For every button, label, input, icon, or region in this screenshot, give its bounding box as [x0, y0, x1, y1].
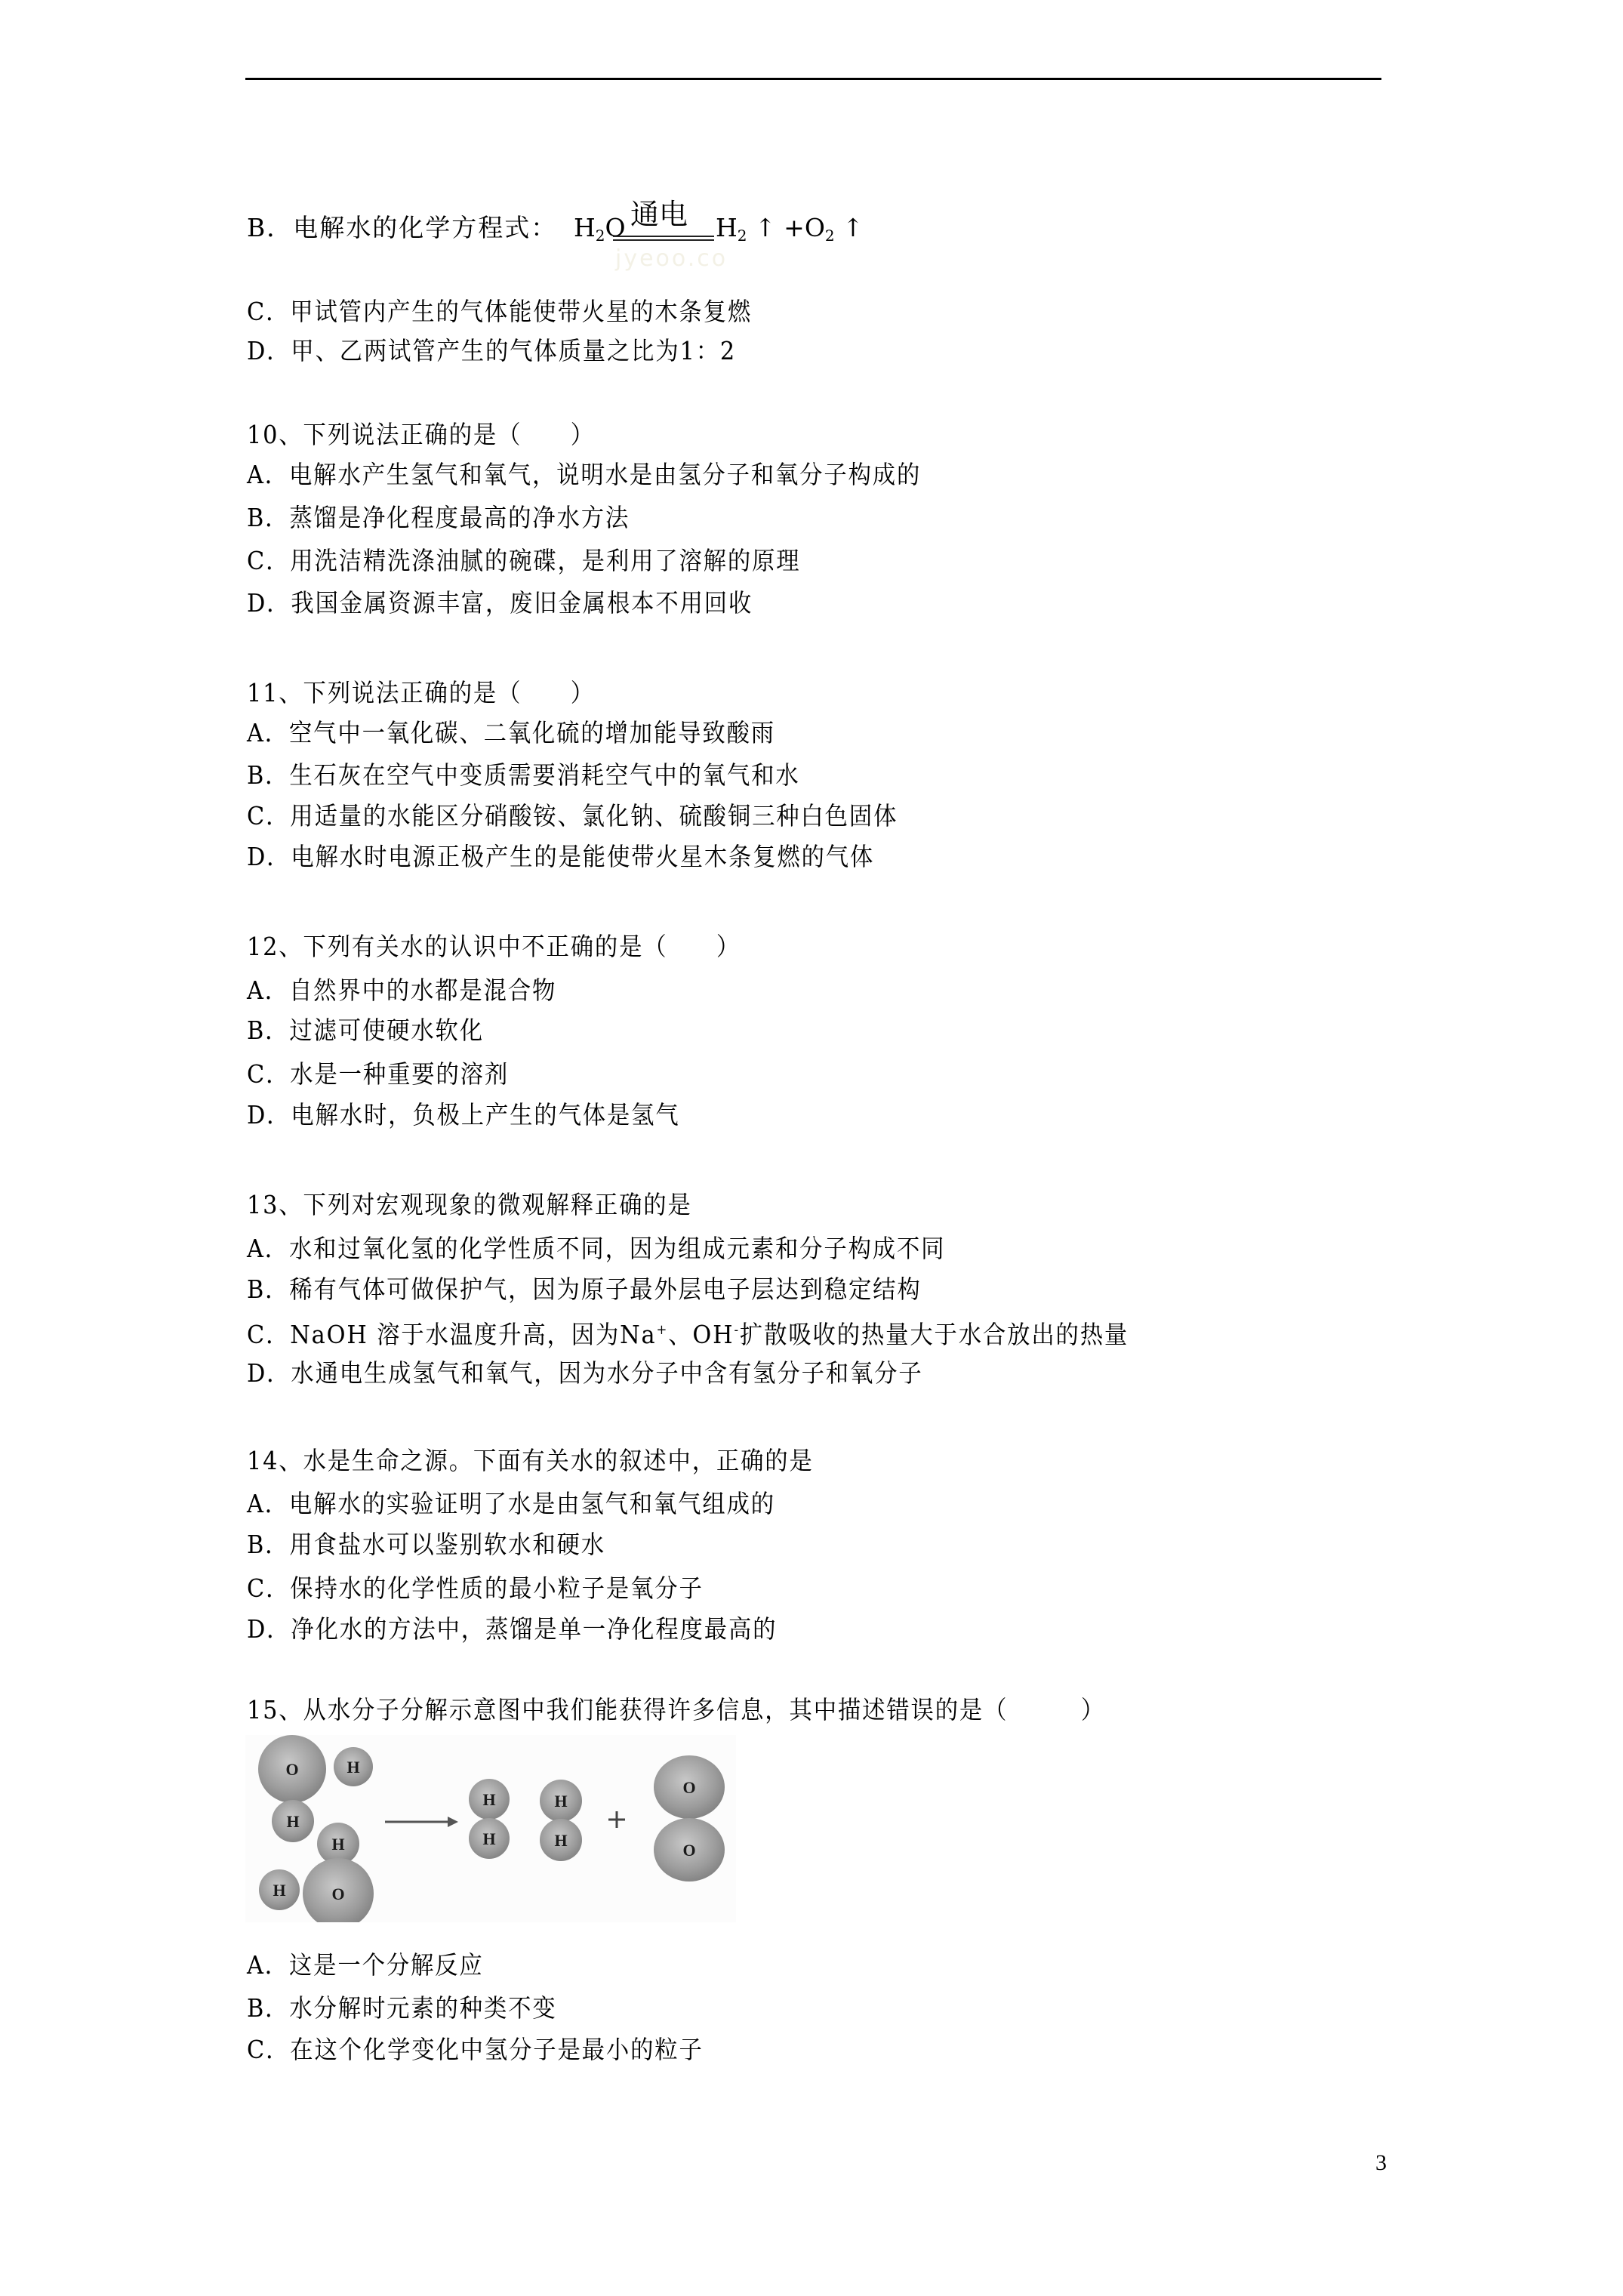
- equation-condition: 通电: [630, 198, 688, 231]
- svg-text:H: H: [346, 1758, 359, 1777]
- equation-products: H2 ↑ +O2 ↑: [716, 213, 864, 251]
- svg-text:O: O: [331, 1885, 344, 1903]
- q13-option-a: A．水和过氧化氢的化学性质不同，因为组成元素和分子构成不同: [247, 1234, 945, 1264]
- gas-arrow-icon: ↑: [842, 213, 864, 242]
- q15-option-a: A．这是一个分解反应: [247, 1950, 484, 1980]
- q13-stem: 13、下列对宏观现象的微观解释正确的是: [247, 1190, 692, 1220]
- svg-text:H: H: [273, 1881, 285, 1900]
- page-number: 3: [1375, 2148, 1387, 2178]
- q10-stem: 10、下列说法正确的是（ ）: [247, 420, 595, 450]
- hydrogen-molecule-2: H H: [540, 1780, 582, 1861]
- q10-option-a: A．电解水产生氢气和氧气，说明水是由氢分子和氧分子构成的: [247, 460, 921, 490]
- reaction-arrow-icon: [385, 1817, 458, 1827]
- q15-option-b: B．水分解时元素的种类不变: [247, 1993, 557, 2023]
- equation-bar-bottom: [613, 239, 714, 241]
- q11-option-c: C．用适量的水能区分硝酸铵、氯化钠、硫酸铜三种白色固体: [247, 801, 898, 831]
- plus-icon: [608, 1811, 625, 1828]
- q12-option-d: D．电解水时，负极上产生的气体是氢气: [247, 1100, 680, 1130]
- q13-option-d: D．水通电生成氢气和氧气，因为水分子中含有氢分子和氧分子: [247, 1358, 923, 1388]
- q12-option-a: A．自然界中的水都是混合物: [247, 975, 556, 1006]
- q12-option-c: C．水是一种重要的溶剂: [247, 1059, 509, 1089]
- watermark: jyeoo.co: [615, 245, 728, 272]
- water-decomposition-diagram: O H H H H O H H H H: [245, 1735, 736, 1922]
- q12-option-b: B．过滤可使硬水软化: [247, 1015, 484, 1046]
- q10-option-b: B．蒸馏是净化程度最高的净水方法: [247, 503, 630, 533]
- svg-text:H: H: [482, 1829, 495, 1848]
- q14-option-c: C．保持水的化学性质的最小粒子是氧分子: [247, 1573, 704, 1604]
- water-molecule-1: O H H: [258, 1735, 373, 1842]
- q14-option-a: A．电解水的实验证明了水是由氢气和氧气组成的: [247, 1489, 775, 1519]
- oxygen-molecule: O O: [654, 1755, 725, 1881]
- q14-stem: 14、水是生命之源。下面有关水的叙述中，正确的是: [247, 1446, 814, 1476]
- q9-option-d: D．甲、乙两试管产生的气体质量之比为1：2: [247, 336, 736, 366]
- q11-option-b: B．生石灰在空气中变质需要消耗空气中的氧气和水: [247, 760, 800, 791]
- svg-text:H: H: [482, 1790, 495, 1809]
- hydrogen-molecule-1: H H: [469, 1779, 510, 1859]
- q13-option-c: C．NaOH 溶于水温度升高，因为Na+、OH-扩散吸收的热量大于水合放出的热量: [247, 1315, 1129, 1345]
- q13-option-b: B．稀有气体可做保护气，因为原子最外层电子层达到稳定结构: [247, 1274, 922, 1305]
- q15-option-c: C．在这个化学变化中氢分子是最小的粒子: [247, 2035, 704, 2065]
- q14-option-d: D．净化水的方法中，蒸馏是单一净化程度最高的: [247, 1614, 777, 1644]
- equation-bar-top: [613, 236, 714, 237]
- q14-option-b: B．用食盐水可以鉴别软水和硬水: [247, 1530, 605, 1560]
- svg-text:O: O: [682, 1841, 695, 1860]
- svg-text:H: H: [554, 1792, 567, 1811]
- q12-stem: 12、下列有关水的认识中不正确的是（ ）: [247, 932, 741, 962]
- q10-option-c: C．用洗洁精洗涤油腻的碗碟，是利用了溶解的原理: [247, 546, 800, 576]
- q10-option-d: D．我国金属资源丰富，废旧金属根本不用回收: [247, 588, 753, 618]
- q9-option-b-text: B．电解水的化学方程式：: [247, 213, 557, 243]
- q11-option-a: A．空气中一氧化碳、二氧化硫的增加能导致酸雨: [247, 718, 775, 748]
- svg-text:H: H: [331, 1835, 344, 1854]
- header-rule: [245, 78, 1381, 80]
- q9-option-c: C．甲试管内产生的气体能使带火星的木条复燃: [247, 297, 752, 327]
- q11-option-d: D．电解水时电源正极产生的是能使带火星木条复燃的气体: [247, 842, 874, 872]
- water-molecule-2: H H O: [259, 1823, 374, 1922]
- svg-text:H: H: [286, 1812, 299, 1831]
- gas-arrow-icon: ↑: [755, 213, 776, 242]
- oxygen-atom-label: O: [285, 1760, 298, 1779]
- svg-text:O: O: [682, 1778, 695, 1797]
- q15-stem: 15、从水分子分解示意图中我们能获得许多信息，其中描述错误的是（ ）: [247, 1695, 1105, 1725]
- svg-text:H: H: [554, 1831, 567, 1850]
- q11-stem: 11、下列说法正确的是（ ）: [247, 678, 595, 708]
